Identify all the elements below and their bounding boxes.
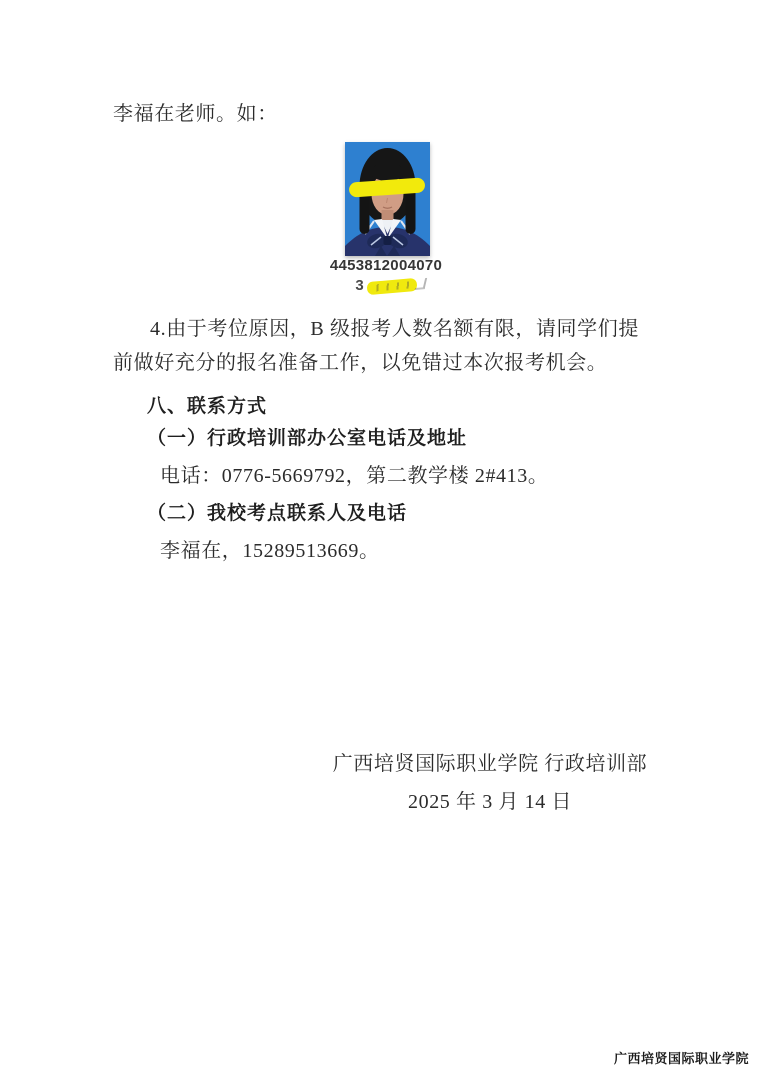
page-footer-school-name: 广西培贤国际职业学院 xyxy=(614,1048,749,1067)
sub2-heading: （二）我校考点联系人及电话 xyxy=(147,498,407,525)
signature-organization: 广西培贤国际职业学院 行政培训部 xyxy=(280,747,700,776)
redaction-highlight xyxy=(366,277,417,294)
photo-id-number: 4453812004070 xyxy=(286,257,486,274)
intro-line: 李福在老师。如： xyxy=(113,97,278,126)
paragraph-4-line1: 4.由于考位原因，B 级报考人数名额有限，请同学们提 xyxy=(113,312,673,346)
document-page: { "document": { "intro_line": "李福在老师。如："… xyxy=(0,0,764,1080)
paragraph-4: 4.由于考位原因，B 级报考人数名额有限，请同学们提 前做好充分的报名准备工作，… xyxy=(113,312,673,380)
sub2-body: 李福在，15289513669。 xyxy=(160,534,380,563)
paragraph-4-line2: 前做好充分的报名准备工作，以免错过本次报考机会。 xyxy=(113,346,673,380)
section-8-heading: 八、联系方式 xyxy=(147,391,267,418)
photo-id-line2-visible: 3 xyxy=(355,277,363,294)
photo-id-line2: 3 xyxy=(286,276,486,294)
sub1-heading: （一）行政培训部办公室电话及地址 xyxy=(147,423,467,450)
signature-date: 2025 年 3 月 14 日 xyxy=(280,785,700,814)
student-id-photo xyxy=(345,142,430,256)
photo-illustration xyxy=(345,142,430,256)
sub1-body: 电话：0776-5669792，第二教学楼 2#413。 xyxy=(160,459,548,488)
